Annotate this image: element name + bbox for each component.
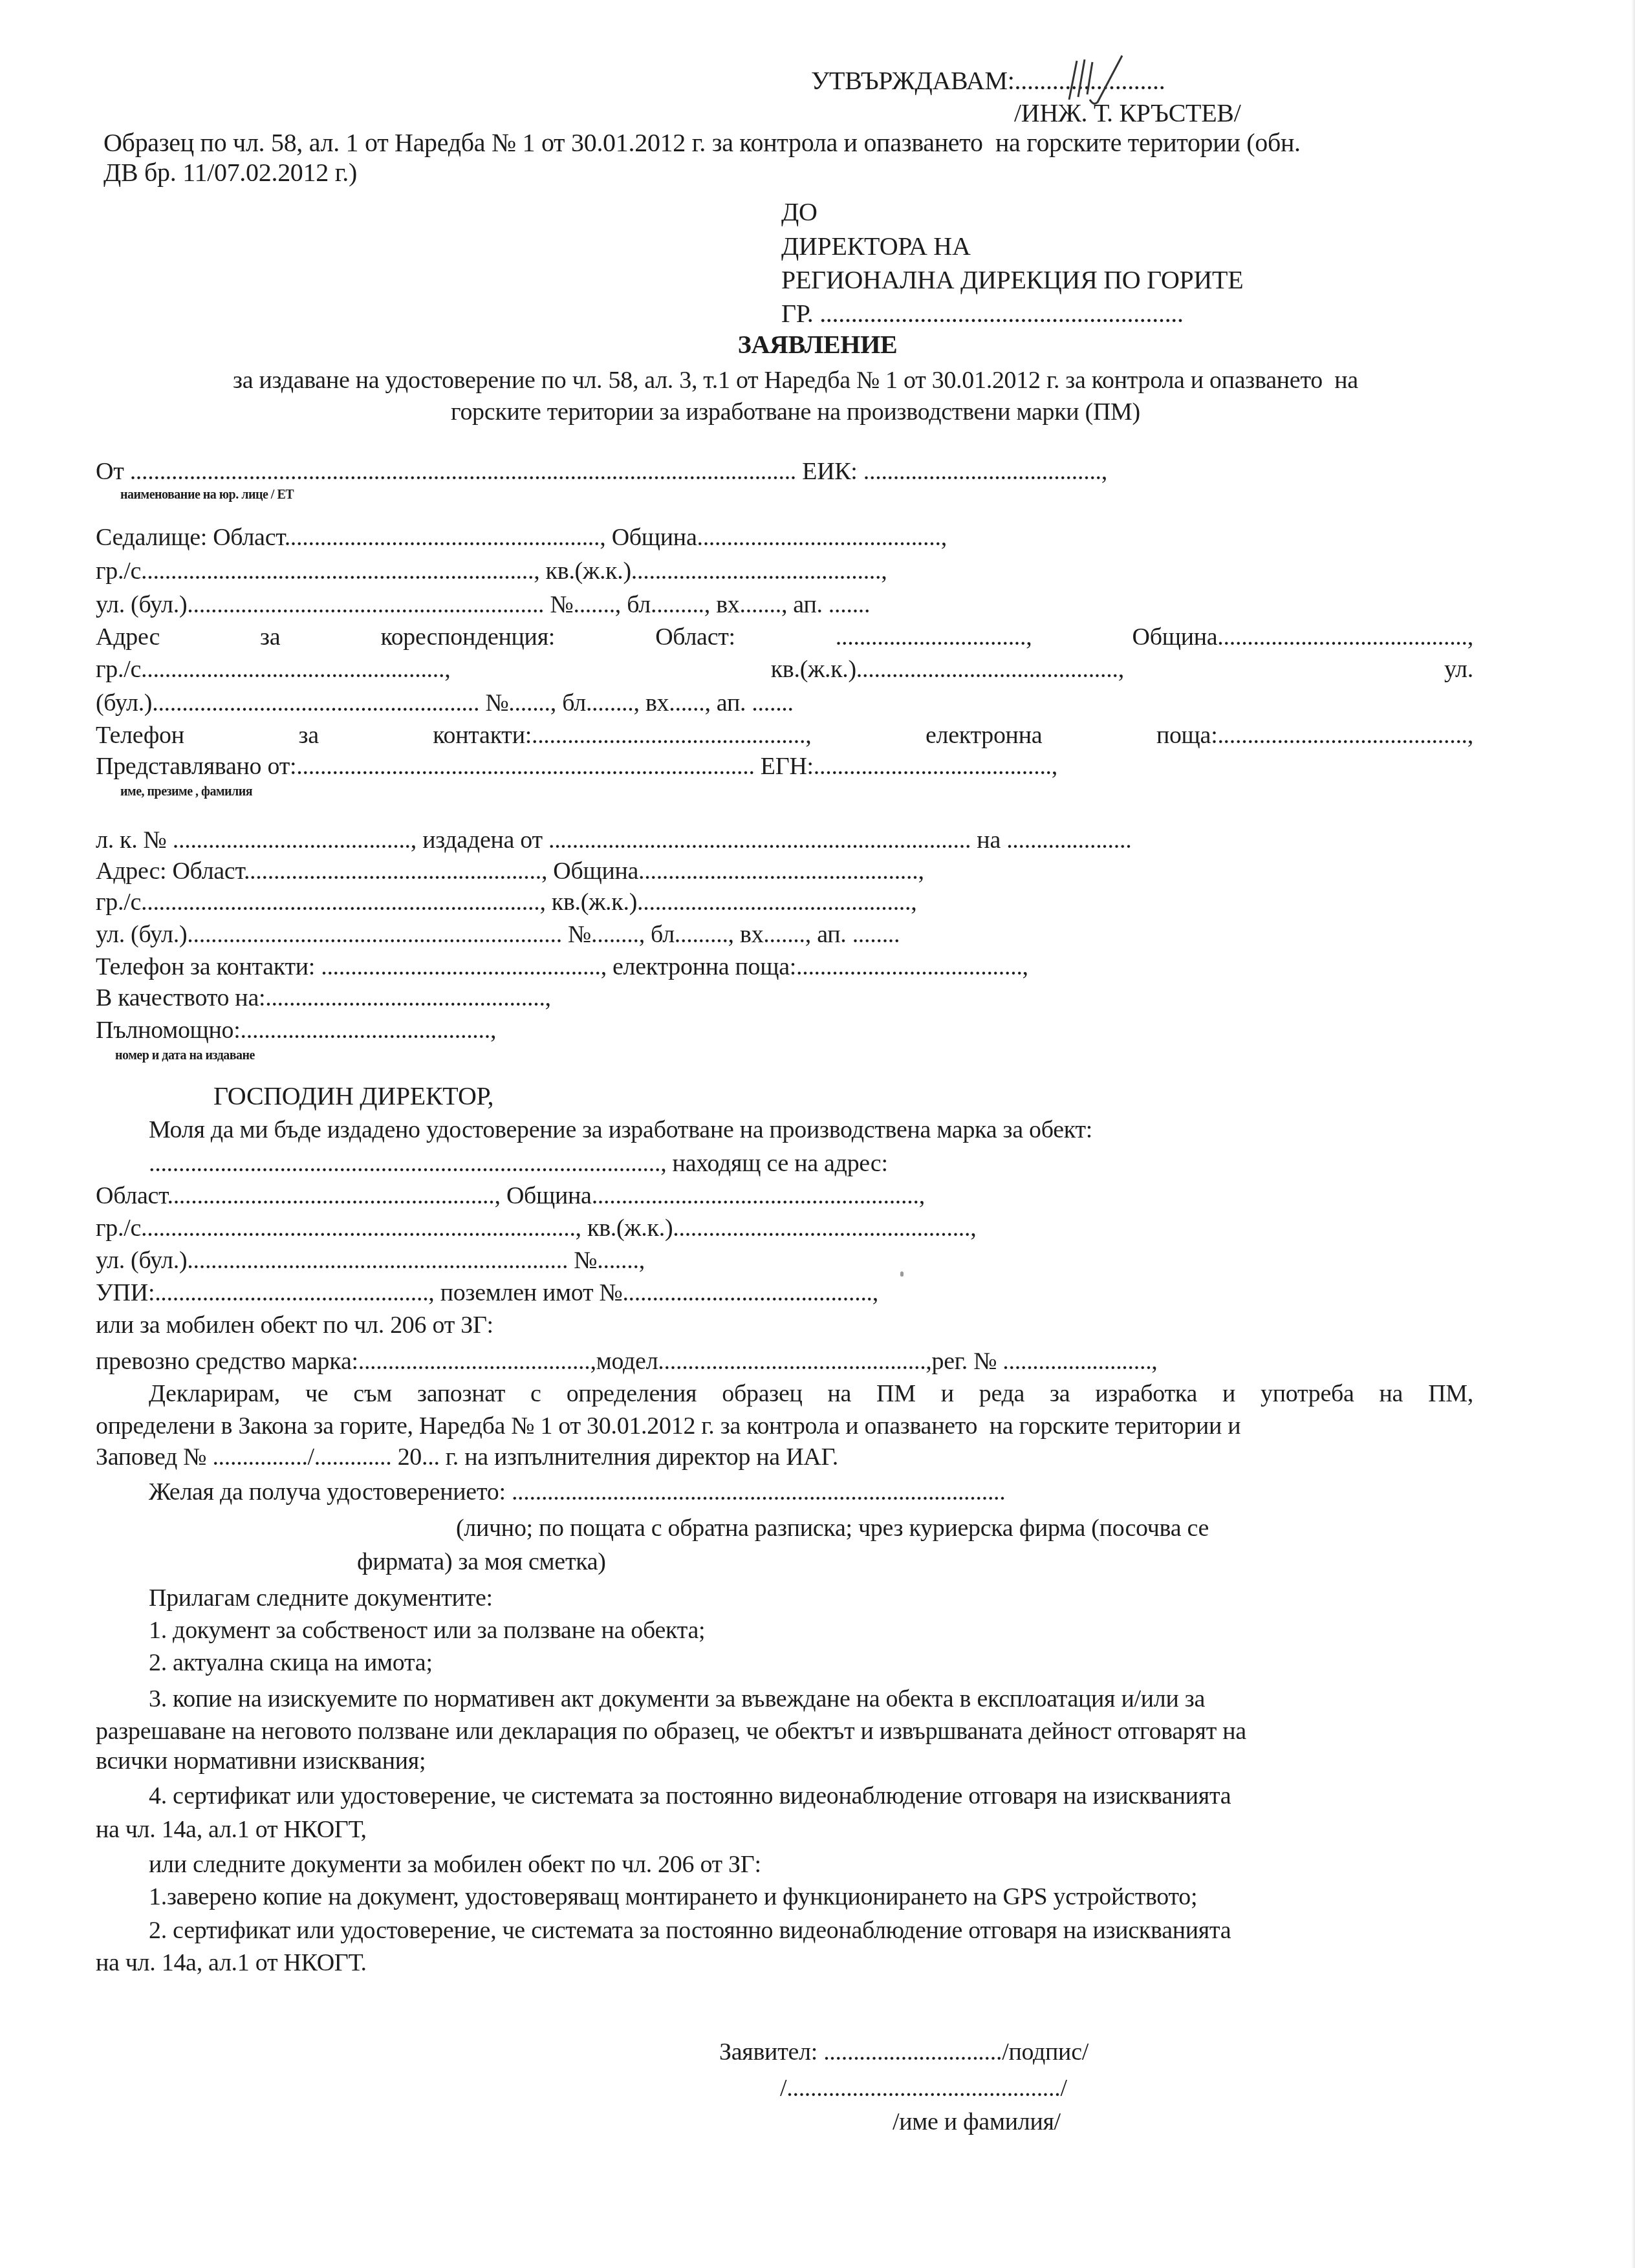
decl-word: образец: [722, 1379, 802, 1409]
form-reference-line2: ДВ бр. 11/07.02.2012 г.): [103, 158, 357, 188]
corr-region-blank: ................................,: [836, 622, 1032, 652]
field-seat-city[interactable]: гр./с...................................…: [96, 556, 887, 586]
field-proxy[interactable]: Пълномощно:.............................…: [96, 1015, 496, 1045]
decl-word: ПМ: [876, 1379, 916, 1409]
decl-word: употреба: [1261, 1379, 1354, 1409]
decl-word: ПМ,: [1428, 1379, 1473, 1409]
field-applicant-name[interactable]: От .....................................…: [96, 457, 1107, 486]
field-object-city[interactable]: гр./с...................................…: [96, 1213, 976, 1243]
decl-word: запознат: [417, 1379, 505, 1409]
corr-street-label: ул.: [1444, 654, 1473, 684]
field-seat-region[interactable]: Седалище: Област........................…: [96, 523, 947, 552]
attachments-heading: Прилагам следните документите:: [149, 1583, 493, 1613]
mobile-attachment-item-2-line1: 2. сертификат или удостоверение, че сист…: [149, 1916, 1231, 1945]
decl-word: определения: [567, 1379, 697, 1409]
attachment-item-4-line1: 4. сертификат или удостоверение, че сист…: [149, 1781, 1231, 1811]
addressee-directorate: РЕГИОНАЛНА ДИРЕКЦИЯ ПО ГОРИТЕ: [781, 265, 1243, 295]
hint-full-name: име, презиме , фамилия: [120, 784, 252, 799]
attachment-item-3-line3: всички нормативни изисквания;: [96, 1746, 426, 1776]
attachment-item-3-line1: 3. копие на изискуемите по нормативен ак…: [149, 1684, 1205, 1714]
scan-speck: [900, 1271, 904, 1277]
request-intro: Моля да ми бъде издадено удостоверение з…: [149, 1115, 1092, 1145]
field-object-region[interactable]: Област..................................…: [96, 1181, 925, 1211]
decl-word: и: [941, 1379, 954, 1409]
form-reference-line1: Образец по чл. 58, ал. 1 от Наредба № 1 …: [103, 128, 1301, 158]
field-rep-city[interactable]: гр./с...................................…: [96, 887, 916, 917]
corr-city: гр./с...................................…: [96, 654, 450, 684]
email-blank: поща:...................................…: [1156, 720, 1473, 750]
field-represented-by[interactable]: Представлявано от:......................…: [96, 751, 1057, 781]
field-capacity[interactable]: В качеството на:........................…: [96, 983, 551, 1013]
decl-word: на: [828, 1379, 852, 1409]
document-subtitle-line1: за издаване на удостоверение по чл. 58, …: [0, 365, 1591, 395]
hint-legal-entity: наименование на юр. лице / ЕТ: [120, 487, 294, 502]
mobile-object-label: или за мобилен обект по чл. 206 от ЗГ:: [96, 1310, 493, 1340]
decl-word: реда: [979, 1379, 1024, 1409]
decl-word: изработка: [1095, 1379, 1197, 1409]
corr-word-1: Адрес: [96, 622, 160, 652]
attachment-item-3-line2: разрешаване на неговото ползване или дек…: [96, 1716, 1246, 1746]
field-object-street[interactable]: ул. (бул.)..............................…: [96, 1246, 645, 1275]
decl-word: и: [1222, 1379, 1235, 1409]
decl-word: за: [1050, 1379, 1070, 1409]
decl-word: с: [530, 1379, 541, 1409]
delivery-hint-1: (лично; по пощата с обратна разписка; чр…: [456, 1513, 1209, 1543]
declaration-line2: определени в Закона за горите, Наредба №…: [96, 1411, 1240, 1441]
phone-blank: контакти:...............................…: [433, 720, 811, 750]
decl-word: че: [305, 1379, 328, 1409]
corr-word-2: за: [260, 622, 280, 652]
phone-word-1: Телефон: [96, 720, 184, 750]
field-applicant-signature[interactable]: Заявител: ..............................…: [719, 2037, 1088, 2067]
field-upi[interactable]: УПИ:....................................…: [96, 1278, 878, 1308]
field-seat-street[interactable]: ул. (бул.)..............................…: [96, 590, 870, 620]
salutation: ГОСПОДИН ДИРЕКТОР,: [213, 1081, 493, 1111]
addressee-to: ДО: [781, 197, 817, 227]
corr-word-4: Област:: [655, 622, 735, 652]
field-correspondence-region[interactable]: Адрес за кореспонденция: Област: .......…: [96, 622, 1473, 652]
decl-word: Декларирам,: [149, 1379, 280, 1409]
decl-word: съм: [353, 1379, 392, 1409]
phone-word-2: за: [298, 720, 318, 750]
mobile-attachment-item-2-line2: на чл. 14а, ал.1 от НКОГТ.: [96, 1948, 367, 1978]
attachment-item-4-line2: на чл. 14а, ал.1 от НКОГТ,: [96, 1815, 367, 1844]
field-object-name[interactable]: ........................................…: [149, 1149, 888, 1178]
attachment-item-1: 1. документ за собственост или за ползва…: [149, 1615, 705, 1645]
field-correspondence-street[interactable]: (бул.)..................................…: [96, 688, 794, 718]
decl-word: на: [1380, 1379, 1403, 1409]
corr-word-3: кореспонденция:: [380, 622, 555, 652]
declaration-line1: Декларирам, че съм запознат с определени…: [149, 1379, 1473, 1409]
field-delivery-method[interactable]: Желая да получа удостоверението: .......…: [149, 1477, 1005, 1507]
email-word: електронна: [926, 720, 1042, 750]
document-title: ЗАЯВЛЕНИЕ: [0, 330, 1635, 360]
corr-municipality: Община..................................…: [1132, 622, 1473, 652]
addressee-director: ДИРЕКТОРА НА: [781, 232, 971, 261]
hint-name-surname: /име и фамилия/: [893, 2107, 1061, 2137]
field-applicant-full-name[interactable]: /.......................................…: [780, 2073, 1067, 2103]
field-applicant-phone-email[interactable]: Телефон за контакти:....................…: [96, 720, 1473, 750]
field-rep-street[interactable]: ул. (бул.)..............................…: [96, 920, 900, 949]
field-rep-phone-email[interactable]: Телефон за контакти: ...................…: [96, 952, 1028, 982]
field-correspondence-city[interactable]: гр./с...................................…: [96, 654, 1473, 684]
field-id-card[interactable]: л. к. № ................................…: [96, 825, 1131, 855]
addressee-city: ГР. ....................................…: [781, 299, 1184, 329]
approver-name: /ИНЖ. Т. КРЪСТЕВ/: [1014, 98, 1241, 128]
hint-proxy: номер и дата на издаване: [115, 1048, 255, 1063]
delivery-hint-2: фирмата) за моя сметка): [357, 1547, 606, 1577]
mobile-attachments-heading: или следните документи за мобилен обект …: [149, 1850, 761, 1879]
corr-quarter: кв.(ж.к.)...............................…: [771, 654, 1124, 684]
field-order-number[interactable]: Заповед № ................/.............…: [96, 1442, 838, 1472]
document-subtitle-line2: горските територии за изработване на про…: [0, 397, 1591, 427]
field-rep-region[interactable]: Адрес: Област...........................…: [96, 856, 924, 886]
attachment-item-2: 2. актуална скица на имота;: [149, 1648, 433, 1678]
field-vehicle[interactable]: превозно средство марка:................…: [96, 1346, 1158, 1376]
mobile-attachment-item-1: 1.заверено копие на документ, удостоверя…: [149, 1882, 1197, 1912]
